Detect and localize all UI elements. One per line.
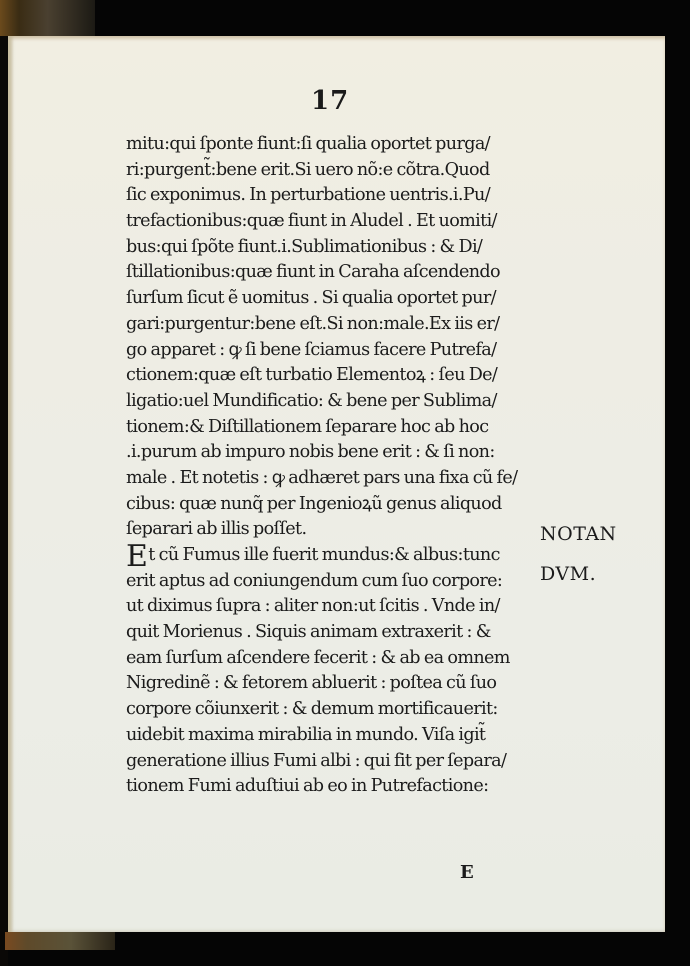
page-number: 17 (311, 86, 349, 116)
text-line: male . Et notetis : ꝙ adhæret pars una f… (126, 466, 556, 492)
text-line: erit aptus ad coniungendum cum ſuo corpo… (126, 569, 556, 595)
text-line: eam ſurſum aſcendere fecerit : & ab ea o… (126, 646, 556, 672)
book-binding-edge (0, 0, 8, 976)
text-line: ligatio:uel Mundificatio: & bene per Sub… (126, 389, 556, 415)
book-binding-bottom (5, 932, 115, 950)
text-line: cibus: quæ nunq̃ per Ingenioꝝũ genus ali… (126, 492, 556, 518)
text-line: ut diximus ſupra : aliter non:ut ſcitis … (126, 594, 556, 620)
text-line: ri:purgent̃:bene erit.Si uero nõ:e cõtra… (126, 158, 556, 184)
text-line: generatione illius Fumi albi : qui fit p… (126, 749, 556, 775)
text-line: go apparet : ꝙ ſi bene ſciamus facere Pu… (126, 338, 556, 364)
text-line-rest: t cũ Fumus ille fuerit mundus:& albus:tu… (148, 545, 500, 565)
text-line: .i.purum ab impuro nobis bene erit : & ſ… (126, 440, 556, 466)
text-line: trefactionibus:quæ fiunt in Aludel . Et … (126, 209, 556, 235)
scan-border (0, 966, 690, 976)
initial-capital: E (126, 539, 147, 574)
text-line: gari:purgentur:bene eſt.Si non:male.Ex i… (126, 312, 556, 338)
book-binding-top (0, 0, 95, 36)
text-line: ctionem:quæ eſt turbatio Elementoꝝ : ſeu… (126, 363, 556, 389)
book-page: 17 mitu:qui ſponte fiunt:ſi qualia oport… (8, 36, 665, 932)
text-line: tionem:& Diſtillationem ſeparare hoc ab … (126, 415, 556, 441)
text-line: ſic exponimus. In perturbatione uentris.… (126, 183, 556, 209)
marginal-note-line: DVM. (540, 554, 617, 594)
text-line: ſtillationibus:quæ fiunt in Caraha aſcen… (126, 260, 556, 286)
paragraph-start-line: Et cũ Fumus ille fuerit mundus:& albus:t… (126, 543, 556, 569)
text-line: ſurſum ſicut ẽ uomitus . Si qualia oport… (126, 286, 556, 312)
text-line: Nigredinẽ : & fetorem abluerit : poſtea … (126, 671, 556, 697)
text-line: bus:qui ſpõte fiunt.i.Sublimationibus : … (126, 235, 556, 261)
marginal-note-line: NOTAN (540, 514, 617, 554)
text-block: mitu:qui ſponte fiunt:ſi qualia oportet … (126, 132, 556, 800)
text-line: ſeparari ab illis poſſet. (126, 517, 556, 543)
text-line: tionem Fumi aduſtiui ab eo in Putrefacti… (126, 774, 556, 800)
text-line: uidebit maxima mirabilia in mundo. Viſa … (126, 723, 556, 749)
text-line: mitu:qui ſponte fiunt:ſi qualia oportet … (126, 132, 556, 158)
text-line: corpore cõiunxerit : & demum mortificaue… (126, 697, 556, 723)
marginal-note: NOTAN DVM. (540, 514, 617, 594)
signature-mark: E (460, 862, 474, 883)
text-line: quit Morienus . Siquis animam extraxerit… (126, 620, 556, 646)
